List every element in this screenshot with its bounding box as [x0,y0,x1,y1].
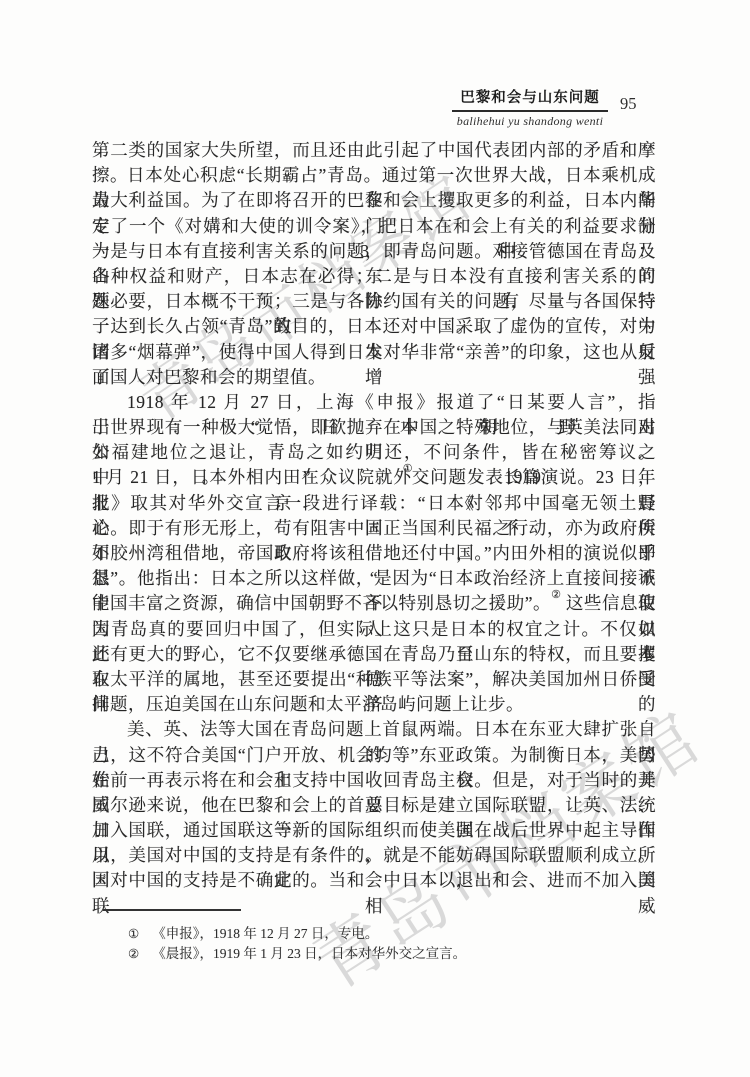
text-line: 美、英、法等大国在青岛问题上首鼠两端。日本在东亚大肆扩张自己的势 [92,717,656,742]
text-line: 日本处心积虑“长期霸占”青岛。通过第一次世界大战，日本乘机成为在华 [92,163,656,188]
footnote-item: ②《晨报》，1919 年 1 月 23 日，日本对华外交之宣言。 [128,944,466,964]
text-line: 了达到长久占领“青岛”的目的，日本还对中国采取了虚伪的宣传，对中国发射 [92,314,656,339]
page-number: 95 [620,94,637,114]
body-text: 第二类的国家大失所望，而且还由此引起了中国代表团内部的矛盾和摩擦。日本处心积虑“… [92,138,656,894]
text-line: 如福建地位之退让，青岛之如约归还，不问条件，皆在秘密筹议之中。”①1919 年 [92,440,656,465]
text-line: 加入国联，通过国联这一新的国际组织而使美国在战后世界中起主导作用。所 [92,818,656,843]
footnote-text: 《申报》，1918 年 12 月 27 日，专电。 [152,926,378,941]
text-line: 诸多“烟幕弹”，使得中国人得到日本对华非常“亲善”的印象，这也从反面增强 [92,340,656,365]
text-line: 恳”。他指出：日本之所以这样做，是因为“日本政治经济上直接间接不能不取 [92,566,656,591]
footnotes: ①《申报》，1918 年 12 月 27 日，专电。 ②《晨报》，1919 年 … [128,924,466,964]
footnote-text: 《晨报》，1919 年 1 月 23 日，日本对华外交之宣言。 [152,946,466,961]
text-line: 以，美国对中国的支持是有条件的，就是不能妨碍国际联盟顺利成立。因此，美 [92,843,656,868]
footnote-marker: ② [128,944,139,964]
footnote-item: ①《申报》，1918 年 12 月 27 日，专电。 [128,924,466,944]
text-line: 一是与日本有直接利害关系的问题，即青岛问题。对接管德国在青岛及山东的 [92,239,656,264]
text-line: 如胶州湾租借地，帝国政府将该租借地还付中国。”内田外相的演说似乎很“诚 [92,541,656,566]
text-line: 还有更大的野心，它不仅要继承德国在青岛乃至山东的特权，而且要攫取德国 [92,642,656,667]
text-line: 第二类的国家大失所望，而且还由此引起了中国代表团内部的矛盾和摩擦。 [92,138,656,163]
text-line: 报》取其对华外交宣言一段进行译载：“日本对邻邦中国毫无领土野心，固不俟 [92,491,656,516]
text-line: 国对中国的支持是不确定的。当和会中日本以退出和会、进而不加入国联相威 [92,868,656,893]
text-line: 在太平洋的属地，甚至还要提出“种族平等法案”，解决美国加州日侨受排挤的 [92,667,656,692]
text-line: 力，这不符合美国“门户开放、机会均等”东亚政策。为制衡日本，美国在和会开 [92,743,656,768]
text-line: 定了一个《对媾和大使的训令案》，把日本在和会上有关的利益要求分为 3 种： [92,214,656,239]
chapter-title: 巴黎和会与山东问题 [452,86,608,107]
text-line: 为青岛真的要回归中国了，但实际上这只是日本的权宜之计。不仅如此，日本 [92,617,656,642]
footnote-marker: ① [128,924,139,944]
text-line: 威尔逊来说，他在巴黎和会上的首要目标是建立国际联盟，让英、法、日等强国 [92,793,656,818]
page-header: 巴黎和会与山东问题 balihehui yu shandong wenti [452,86,608,129]
chapter-title-pinyin: balihehui yu shandong wenti [452,114,608,129]
text-line: 始前一再表示将在和会上支持中国收回青岛主权。但是，对于当时的美国总统 [92,768,656,793]
text-line: 各种权益和财产，日本志在必得；二是与日本没有直接利害关系的问题，除有特 [92,264,656,289]
text-line: 最大利益国。为了在即将召开的巴黎和会上攫取更多的利益，日本内阁专门制 [92,188,656,213]
text-line: 中国丰富之资源，确信中国朝野不吝以特别恳切之援助”。② 这些信息使国人以 [92,591,656,616]
text-line: 殊必要，日本概不干预；三是与各协约国有关的问题，尽量与各国保持一致。为 [92,289,656,314]
book-page: 青岛市档案馆 青岛市档案馆 巴黎和会与山东问题 balihehui yu sha… [0,0,750,1077]
text-line: 于世界现有一种极大觉悟，即欲抛弃在中国之特殊地位，与英美法同出公明。 [92,415,656,440]
text-line: 论。即于有形无形上，苟有阻害中国正当国利民福之行动，亦为政府所不取，即 [92,516,656,541]
footnote-divider [103,909,241,911]
text-line: 1918 年 12 月 27 日，上海《申报》报道了“日某要人言”，指出：“日本… [92,390,656,415]
header-divider [452,110,608,112]
